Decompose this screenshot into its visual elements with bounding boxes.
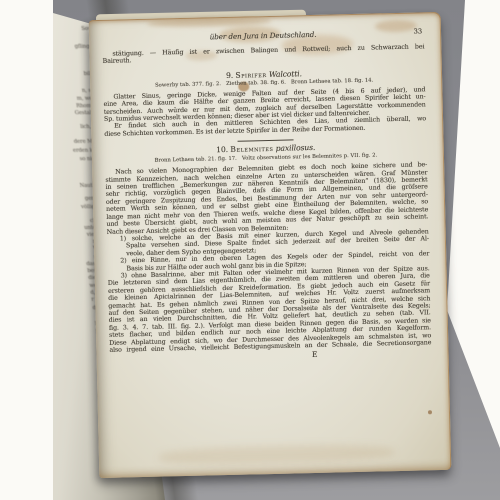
book-spread-photo: Sow.gflingenbilligen, sonstm, welcheRhom… bbox=[0, 0, 500, 500]
section-9-text: Glatter Sinus, geringe Dicke, wenige Fal… bbox=[103, 86, 426, 138]
section-number: 10. bbox=[216, 145, 228, 154]
page-number: 33 bbox=[413, 28, 422, 36]
genus-name: Spirifer bbox=[235, 70, 266, 80]
genus-name: Belemnites bbox=[230, 144, 273, 154]
species-name: Walcotti. bbox=[269, 69, 302, 79]
right-page: über den Jura in Deutschland. 33 stätigu… bbox=[89, 12, 452, 478]
page-content: über den Jura in Deutschland. 33 stätigu… bbox=[89, 12, 452, 478]
intro-paragraph: stätigung. — Häufig ist er zwischen Bali… bbox=[102, 43, 424, 65]
running-head: über den Jura in Deutschland. bbox=[210, 30, 317, 42]
species-name: paxillosus. bbox=[276, 143, 316, 153]
running-head-row: über den Jura in Deutschland. 33 bbox=[102, 28, 424, 45]
section-10-text: Nach so vielen Monographien der Belemnit… bbox=[105, 162, 431, 355]
section-number: 9. bbox=[226, 71, 233, 80]
section-rule bbox=[238, 140, 294, 142]
